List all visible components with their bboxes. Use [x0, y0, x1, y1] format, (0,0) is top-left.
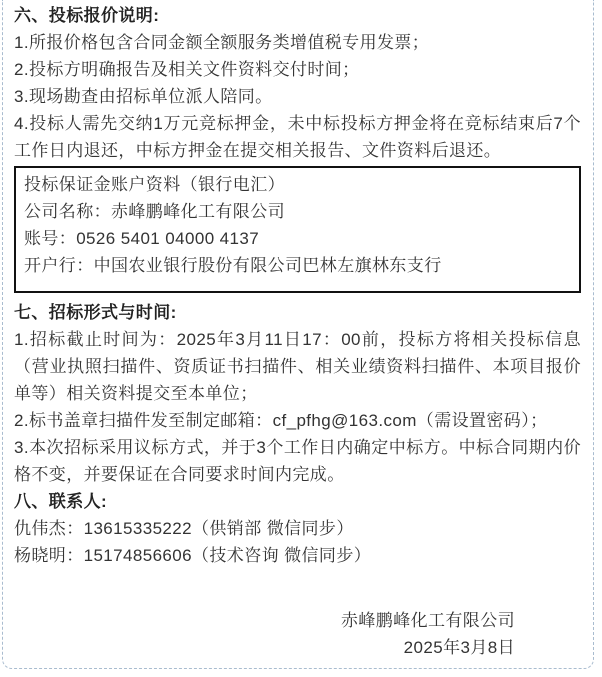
deposit-account-box: 投标保证金账户资料（银行电汇） 公司名称：赤峰鹏峰化工有限公司 账号：0526 …: [14, 166, 581, 293]
section-bid-pricing: 六、投标报价说明: 1.所报价格包含合同金额全额服务类增值税专用发票； 2.投标…: [14, 2, 581, 164]
section-contacts: 八、联系人: 仇伟杰：13615335222（供销部 微信同步） 杨晓明：151…: [14, 488, 581, 569]
contact-2: 杨晓明：15174856606（技术咨询 微信同步）: [14, 542, 581, 569]
section7-item-2: 2.标书盖章扫描件发至制定邮箱：cf_pfhg@163.com（需设置密码）；: [14, 407, 581, 434]
deposit-company-name: 公司名称：赤峰鹏峰化工有限公司: [24, 198, 571, 225]
section7-item-3: 3.本次招标采用议标方式，并于3个工作日内确定中标方。中标合同期内价格不变，并要…: [14, 434, 581, 488]
section-tender-format: 七、招标形式与时间: 1.招标截止时间为：2025年3月11日17：00前，投标…: [14, 299, 581, 488]
tender-notice-document: 六、投标报价说明: 1.所报价格包含合同金额全额服务类增值税专用发票； 2.投标…: [2, 0, 594, 669]
section6-item-4: 4.投标人需先交纳1万元竞标押金，未中标投标方押金将在竞标结束后7个工作日内退还…: [14, 110, 581, 164]
section7-item-1: 1.招标截止时间为：2025年3月11日17：00前，投标方将相关投标信息（营业…: [14, 326, 581, 407]
signature-date: 2025年3月8日: [14, 634, 515, 661]
section6-item-2: 2.投标方明确报告及相关文件资料交付时间；: [14, 56, 581, 83]
contact-1: 仇伟杰：13615335222（供销部 微信同步）: [14, 515, 581, 542]
section8-heading: 八、联系人:: [14, 488, 581, 515]
deposit-bank-name: 开户行：中国农业银行股份有限公司巴林左旗林东支行: [24, 252, 571, 279]
signature-block: 赤峰鹏峰化工有限公司 2025年3月8日: [14, 607, 581, 661]
section6-item-3: 3.现场勘查由招标单位派人陪同。: [14, 83, 581, 110]
deposit-account-number: 账号：0526 5401 04000 4137: [24, 225, 571, 252]
section6-item-1: 1.所报价格包含合同金额全额服务类增值税专用发票；: [14, 29, 581, 56]
section7-heading: 七、招标形式与时间:: [14, 299, 581, 326]
signature-company: 赤峰鹏峰化工有限公司: [14, 607, 515, 634]
section6-heading: 六、投标报价说明:: [14, 2, 581, 29]
deposit-box-title: 投标保证金账户资料（银行电汇）: [24, 171, 571, 198]
